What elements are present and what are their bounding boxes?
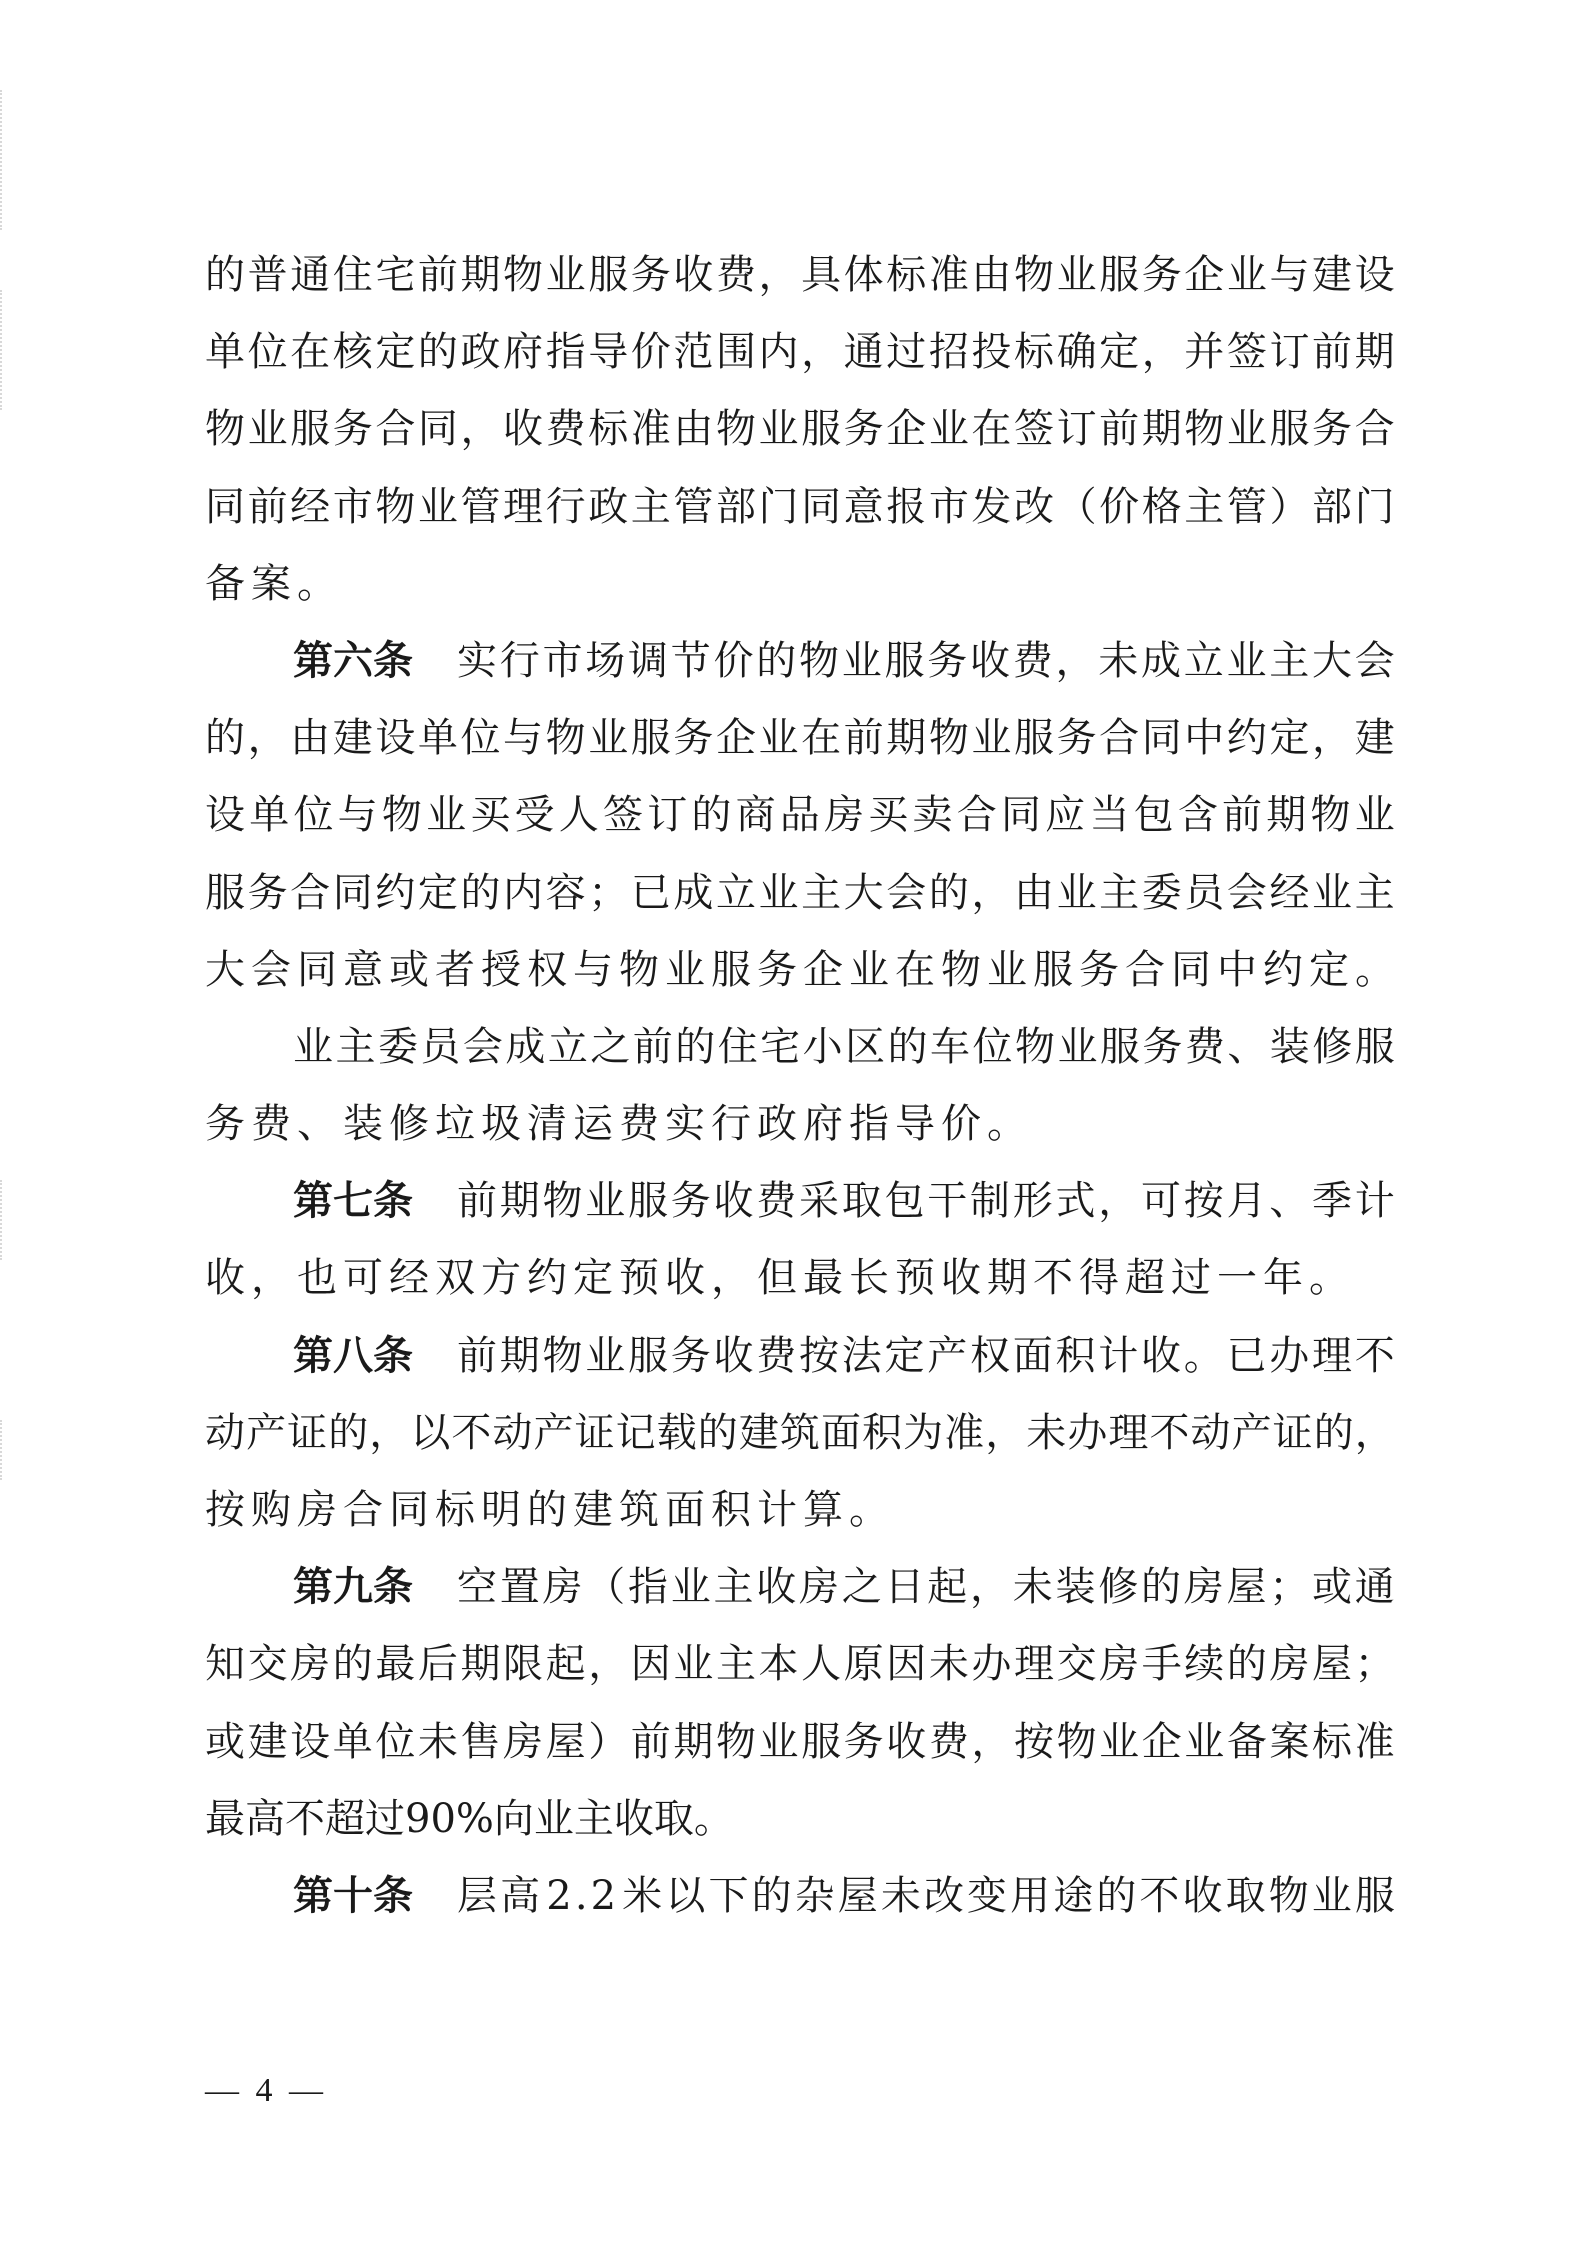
document-body: 的普通住宅前期物业服务收费，具体标准由物业服务企业与建设 单位在核定的政府指导价…	[205, 253, 1395, 1951]
text-line: 设单位与物业买受人签订的商品房买卖合同应当包含前期物业	[205, 793, 1395, 870]
text-line: 或建设单位未售房屋）前期物业服务收费，按物业企业备案标准	[205, 1720, 1395, 1797]
article-9: 第九条 空置房（指业主收房之日起，未装修的房屋；或通 知交房的最后期限起，因业主…	[205, 1565, 1395, 1874]
text-line: 单位在核定的政府指导价范围内，通过招投标确定，并签订前期	[205, 330, 1395, 407]
article-label: 第七条	[293, 1179, 413, 1256]
text-line: 知交房的最后期限起，因业主本人原因未办理交房手续的房屋；	[205, 1642, 1395, 1719]
text-line: 大会同意或者授权与物业服务企业在物业服务合同中约定。	[205, 948, 1395, 1025]
text-line: 务费、装修垃圾清运费实行政府指导价。	[205, 1102, 1395, 1179]
text-line: 备案。	[205, 562, 1395, 639]
article-text: 层高 2.2 米以下的杂屋未改变用途的不收取物业服	[457, 1874, 1395, 1951]
text-line: 第七条 前期物业服务收费采取包干制形式，可按月、季计	[205, 1179, 1395, 1256]
paragraph-continuation: 的普通住宅前期物业服务收费，具体标准由物业服务企业与建设 单位在核定的政府指导价…	[205, 253, 1395, 639]
text-line: 按购房合同标明的建筑面积计算。	[205, 1488, 1395, 1565]
article-6-paragraph-2: 业主委员会成立之前的住宅小区的车位物业服务费、装修服 务费、装修垃圾清运费实行政…	[205, 1025, 1395, 1179]
article-8: 第八条 前期物业服务收费按法定产权面积计收。已办理不 动产证的，以不动产证记载的…	[205, 1334, 1395, 1566]
text-line: 业主委员会成立之前的住宅小区的车位物业服务费、装修服	[205, 1025, 1395, 1102]
article-label: 第八条	[293, 1334, 413, 1411]
article-6: 第六条 实行市场调节价的物业服务收费，未成立业主大会 的，由建设单位与物业服务企…	[205, 639, 1395, 1025]
article-text: 前期物业服务收费采取包干制形式，可按月、季计	[457, 1179, 1395, 1256]
scan-margin-artifact	[0, 90, 8, 230]
text-line: 的普通住宅前期物业服务收费，具体标准由物业服务企业与建设	[205, 253, 1395, 330]
text-line: 服务合同约定的内容；已成立业主大会的，由业主委员会经业主	[205, 871, 1395, 948]
text-line: 最高不超过90%向业主收取。	[205, 1797, 1395, 1874]
text-line: 第九条 空置房（指业主收房之日起，未装修的房屋；或通	[205, 1565, 1395, 1642]
scan-margin-artifact	[0, 1420, 8, 1480]
scan-margin-artifact	[0, 290, 8, 410]
article-7: 第七条 前期物业服务收费采取包干制形式，可按月、季计 收，也可经双方约定预收，但…	[205, 1179, 1395, 1333]
text-line: 收，也可经双方约定预收，但最长预收期不得超过一年。	[205, 1256, 1395, 1333]
document-page: 的普通住宅前期物业服务收费，具体标准由物业服务企业与建设 单位在核定的政府指导价…	[0, 0, 1587, 2245]
article-label: 第十条	[293, 1874, 413, 1951]
text-line: 第六条 实行市场调节价的物业服务收费，未成立业主大会	[205, 639, 1395, 716]
text-line: 物业服务合同，收费标准由物业服务企业在签订前期物业服务合	[205, 407, 1395, 484]
article-label: 第六条	[293, 639, 413, 716]
text-line: 的，由建设单位与物业服务企业在前期物业服务合同中约定，建	[205, 716, 1395, 793]
text-line: 动产证的，以不动产证记载的建筑面积为准，未办理不动产证的，	[205, 1411, 1395, 1488]
article-text: 前期物业服务收费按法定产权面积计收。已办理不	[457, 1334, 1395, 1411]
article-label: 第九条	[293, 1565, 413, 1642]
article-text: 实行市场调节价的物业服务收费，未成立业主大会	[457, 639, 1395, 716]
text-line: 第八条 前期物业服务收费按法定产权面积计收。已办理不	[205, 1334, 1395, 1411]
scan-margin-artifact	[0, 1180, 8, 1260]
text-line: 第十条 层高 2.2 米以下的杂屋未改变用途的不收取物业服	[205, 1874, 1395, 1951]
page-number: — 4 —	[205, 2072, 327, 2110]
article-text: 空置房（指业主收房之日起，未装修的房屋；或通	[457, 1565, 1395, 1642]
text-line: 同前经市物业管理行政主管部门同意报市发改（价格主管）部门	[205, 485, 1395, 562]
article-10: 第十条 层高 2.2 米以下的杂屋未改变用途的不收取物业服	[205, 1874, 1395, 1951]
